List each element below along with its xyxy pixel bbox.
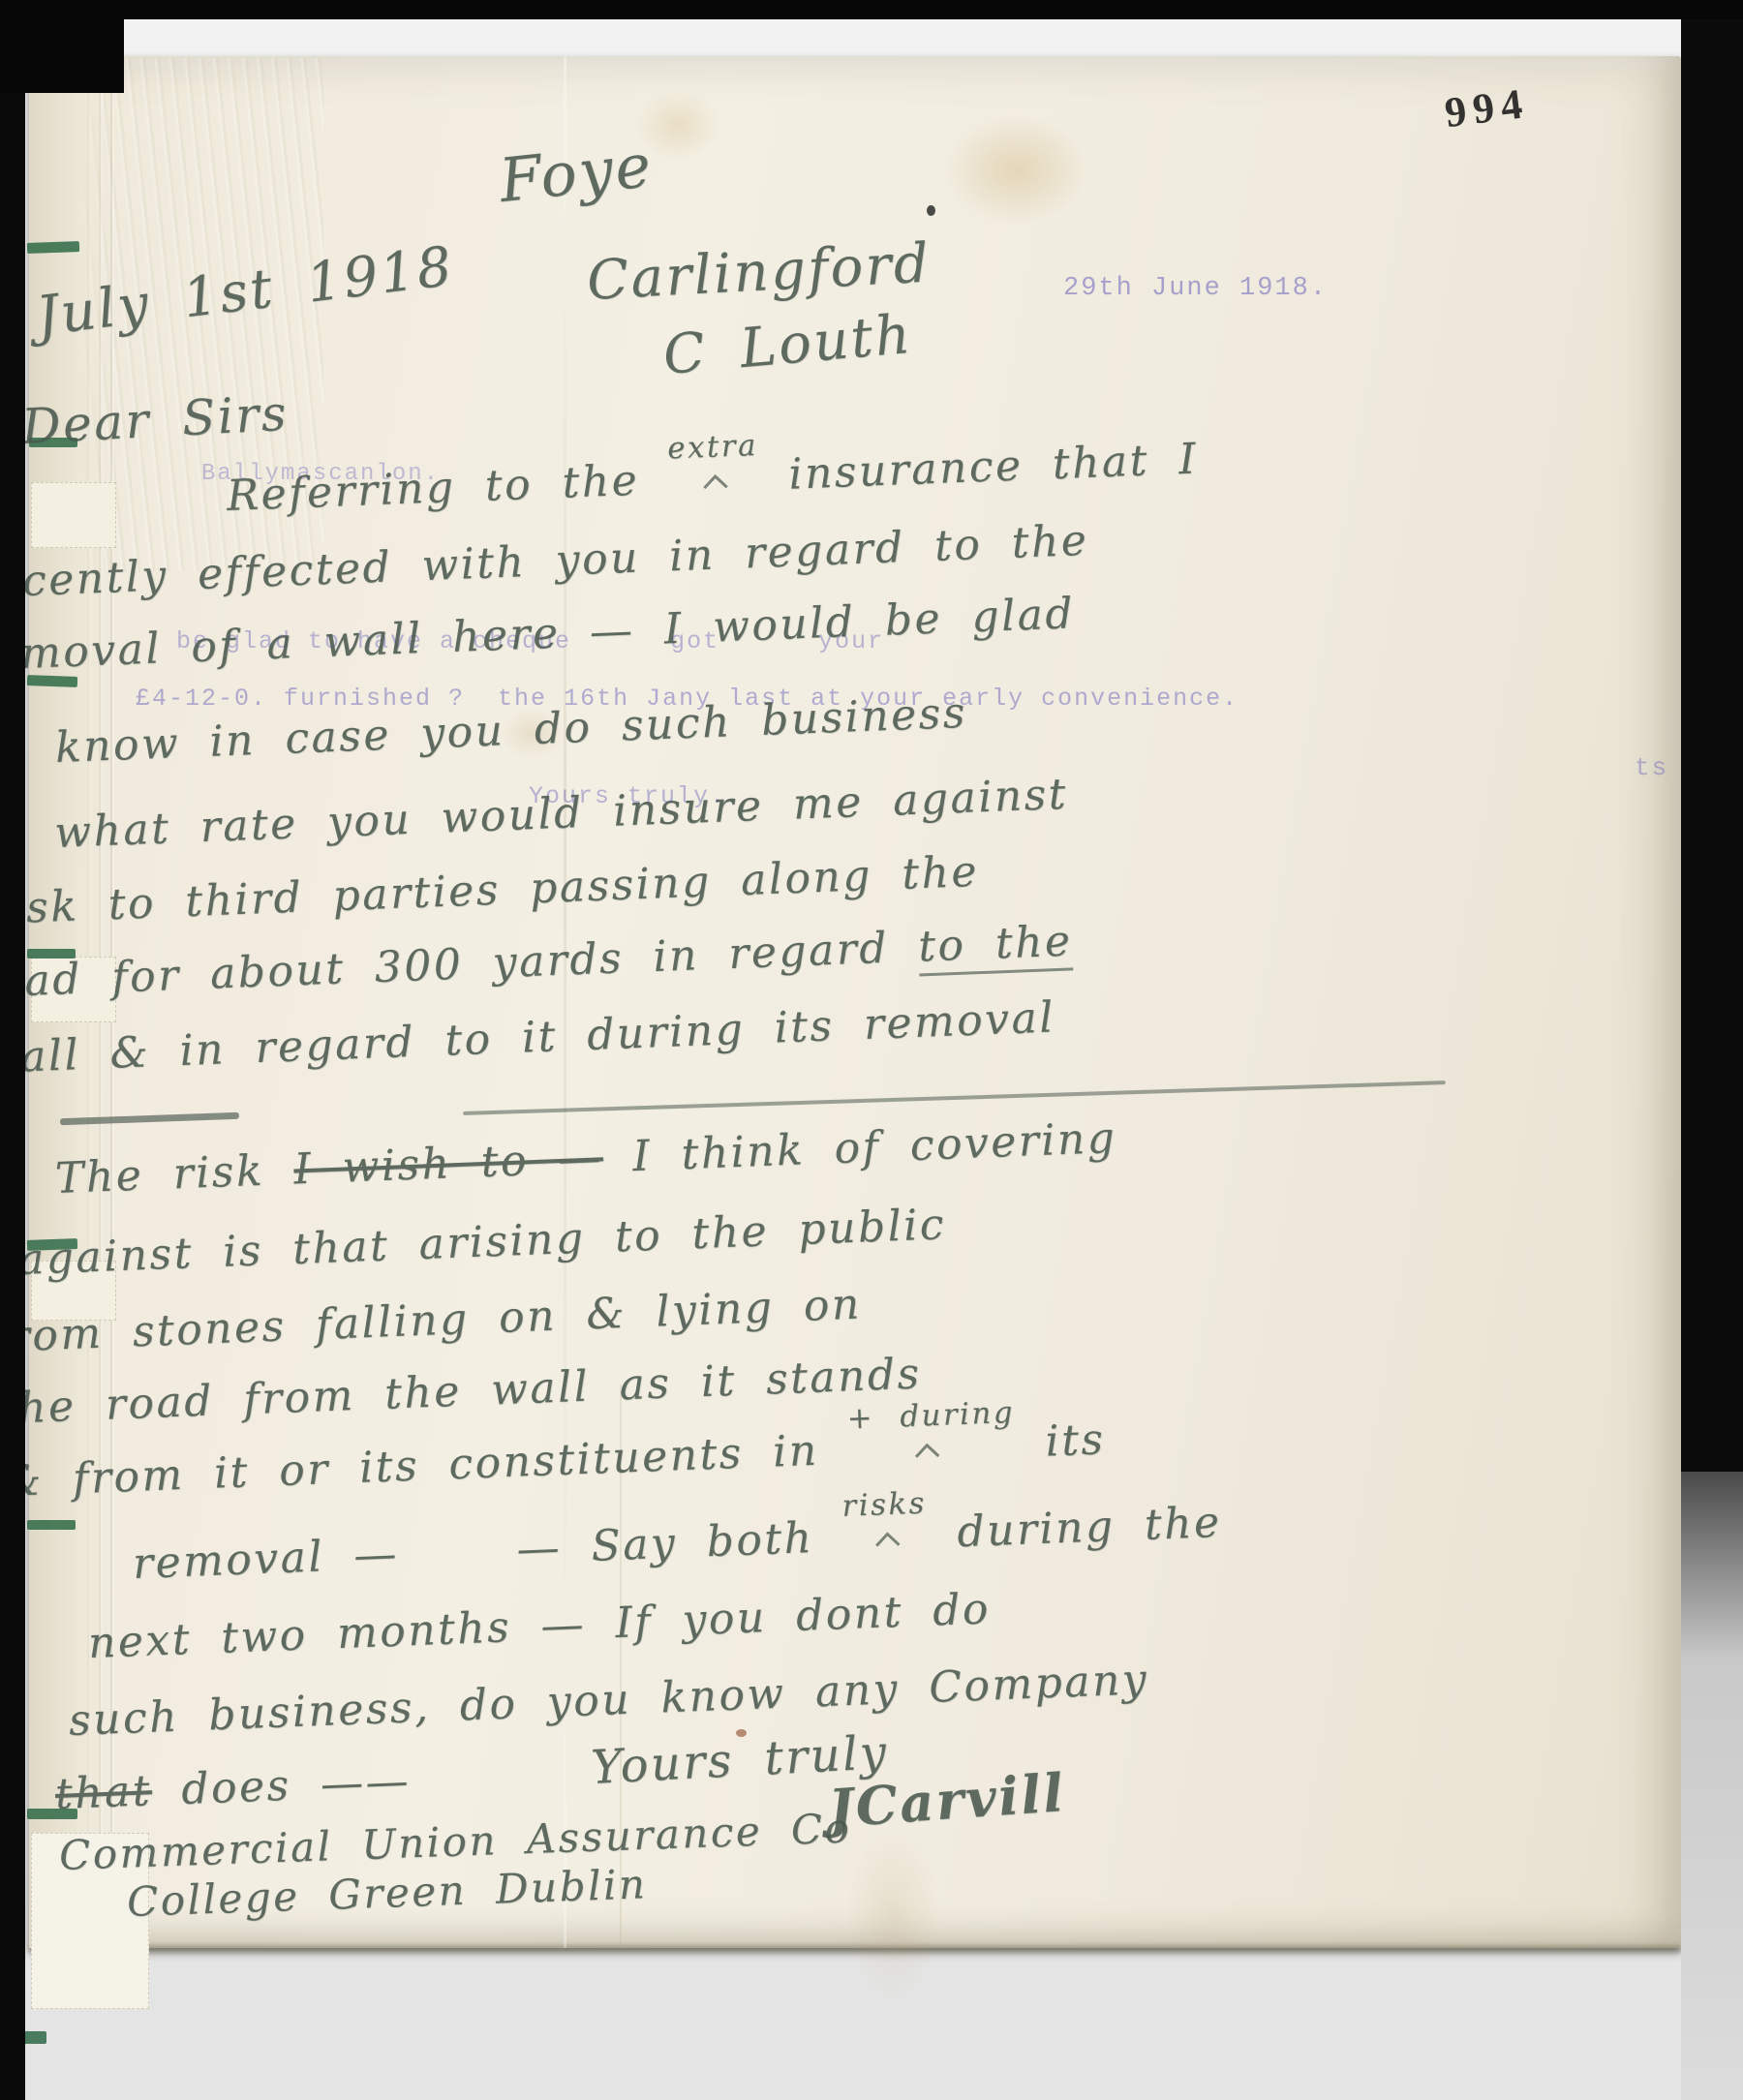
green-stitch (27, 1520, 76, 1530)
binding-tape (31, 482, 116, 548)
folio-number-stamp: 994 (1442, 78, 1532, 137)
inserted-word: + during (846, 1395, 1016, 1437)
inserted-word: risks (841, 1486, 928, 1524)
inserted-word: extra (667, 428, 759, 467)
photo-edge-fade (1681, 1472, 1743, 2100)
paper-stain (844, 1830, 941, 2004)
manuscript-text: The risk (54, 1145, 294, 1203)
underlined-text: to the (917, 916, 1073, 976)
struck-text: that (54, 1766, 153, 1819)
ink-speck (927, 205, 935, 216)
photo-edge-left (0, 0, 25, 2100)
manuscript-text: its (1015, 1415, 1106, 1468)
green-stitch (27, 241, 79, 254)
photo-edge-corner (0, 0, 124, 93)
typed-carbon-date: 29th June 1918. (1063, 274, 1328, 303)
photo-edge-right (1681, 0, 1743, 1472)
paper-stain (944, 114, 1089, 226)
typed-carbon-fragment: ts (1635, 753, 1668, 782)
photo-edge-top (0, 0, 1743, 19)
scanned-letter-scene: 994 29th June 1918. Ballymascanlon.be gl… (0, 0, 1743, 2100)
manuscript-text: does —— (151, 1756, 412, 1815)
vertical-fold-crease (564, 56, 566, 1948)
